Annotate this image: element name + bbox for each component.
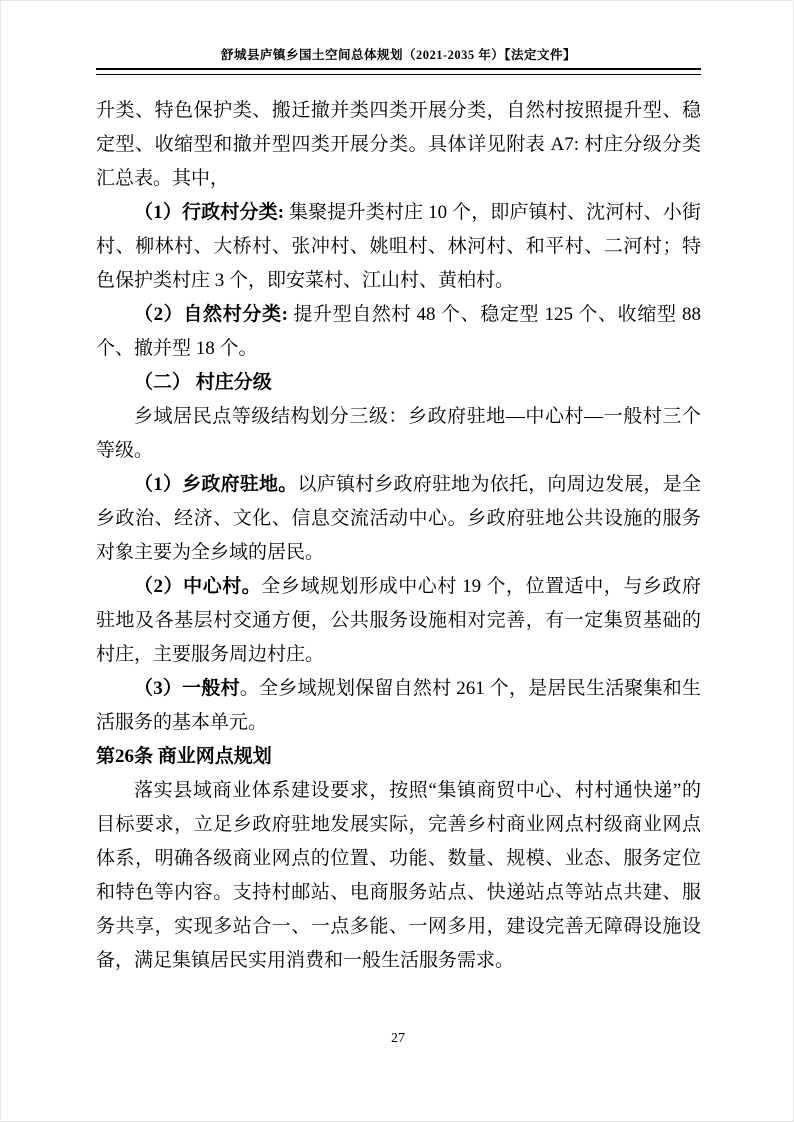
header-rule-thin xyxy=(96,74,701,75)
gov-seat-label: （1）乡政府驻地。 xyxy=(134,474,298,495)
paragraph-central-village: （2）中心村。全乡域规划形成中心村 19 个，位置适中，与乡政府驻地及各基层村交… xyxy=(96,570,701,672)
header-rule-thick xyxy=(96,68,701,70)
central-village-label: （2）中心村。 xyxy=(134,576,261,597)
admin-village-label: （1）行政村分类: xyxy=(134,202,284,223)
general-village-label: （3）一般村 xyxy=(134,678,240,699)
paragraph-commerce-network: 落实县域商业体系建设要求，按照“集镇商贸中心、村村通快递”的目标要求，立足乡政府… xyxy=(96,774,701,978)
paragraph-grading-intro: 乡域居民点等级结构划分三级：乡政府驻地—中心村—一般村三个等级。 xyxy=(96,400,701,468)
paragraph-general-village: （3）一般村。全乡域规划保留自然村 261 个，是居民生活聚集和生活服务的基本单… xyxy=(96,672,701,740)
heading-village-grading: （二） 村庄分级 xyxy=(96,366,701,400)
paragraph-admin-village-classification: （1）行政村分类: 集聚提升类村庄 10 个，即庐镇村、沈河村、小街村、柳林村、… xyxy=(96,196,701,298)
natural-village-label: （2）自然村分类: xyxy=(134,304,288,325)
document-page: 舒城县庐镇乡国土空间总体规划（2021-2035 年）【法定文件】 升类、特色保… xyxy=(0,0,794,1122)
paragraph-classification-continuation: 升类、特色保护类、搬迁撤并类四类开展分类，自然村按照提升型、稳定型、收缩型和撤并… xyxy=(96,94,701,196)
page-number: 27 xyxy=(1,1031,794,1047)
paragraph-gov-seat: （1）乡政府驻地。以庐镇村乡政府驻地为依托，向周边发展，是全乡政治、经济、文化、… xyxy=(96,468,701,570)
paragraph-natural-village-classification: （2）自然村分类: 提升型自然村 48 个、稳定型 125 个、收缩型 88 个… xyxy=(96,298,701,366)
page-header-title: 舒城县庐镇乡国土空间总体规划（2021-2035 年）【法定文件】 xyxy=(96,45,701,63)
heading-article-26: 第26条 商业网点规划 xyxy=(96,740,701,774)
document-body: 升类、特色保护类、搬迁撤并类四类开展分类，自然村按照提升型、稳定型、收缩型和撤并… xyxy=(96,94,701,978)
